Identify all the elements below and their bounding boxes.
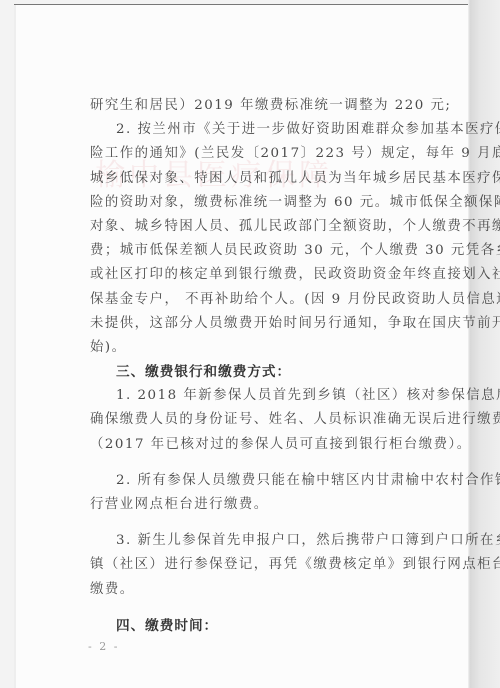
section-heading-3: 三、缴费银行和缴费方式： xyxy=(90,360,460,384)
section-heading-4: 四、缴费时间： xyxy=(90,614,460,638)
body-line: 保基金专户， 不再补助给个人。(因 9 月份民政资助人员信息还 xyxy=(90,288,460,312)
body-line: 2. 按兰州市《关于进一步做好资助困难群众参加基本医疗保 xyxy=(90,118,460,142)
body-line: 1. 2018 年新参保人员首先到乡镇（社区）核对参保信息后， xyxy=(90,384,460,408)
body-line: 未提供，这部分人员缴费开始时间另行通知，争取在国庆节前开 xyxy=(90,312,460,336)
document-body: 研究生和居民）2019 年缴费标准统一调整为 220 元; 2. 按兰州市《关于… xyxy=(90,94,460,638)
body-line: 2. 所有参保人员缴费只能在榆中辖区内甘肃榆中农村合作银 xyxy=(90,469,460,493)
body-line: 3. 新生儿参保首先申报户口，然后携带户口簿到户口所在乡 xyxy=(90,529,460,553)
body-line: 行营业网点柜台进行缴费。 xyxy=(90,493,460,517)
body-line: 对象、城乡特困人员、孤儿民政部门全额资助，个人缴费不再缴 xyxy=(90,215,460,239)
body-line: 费；城市低保差额人员民政资助 30 元，个人缴费 30 元凭各乡镇 xyxy=(90,239,460,263)
body-line: 确保缴费人员的身份证号、姓名、人员标识准确无误后进行缴费 xyxy=(90,408,460,432)
body-line: 险的资助对象，缴费标准统一调整为 60 元。城市低保全额保障 xyxy=(90,191,460,215)
body-line: （2017 年已核对过的参保人员可直接到银行柜台缴费）。 xyxy=(90,433,460,457)
body-line: 或社区打印的核定单到银行缴费，民政资助资金年终直接划入社 xyxy=(90,263,460,287)
page-number: - 2 - xyxy=(88,640,119,653)
body-line: 险工作的通知》(兰民发〔2017〕223 号）规定，每年 9 月底的 xyxy=(90,142,460,166)
body-line: 缴费。 xyxy=(90,578,460,602)
body-line: 城乡低保对象、特困人员和孤儿人员为当年城乡居民基本医疗保 xyxy=(90,167,460,191)
body-line: 始)。 xyxy=(90,336,460,360)
body-line: 研究生和居民）2019 年缴费标准统一调整为 220 元; xyxy=(90,94,460,118)
body-line: 镇（社区）进行参保登记，再凭《缴费核定单》到银行网点柜台 xyxy=(90,553,460,577)
